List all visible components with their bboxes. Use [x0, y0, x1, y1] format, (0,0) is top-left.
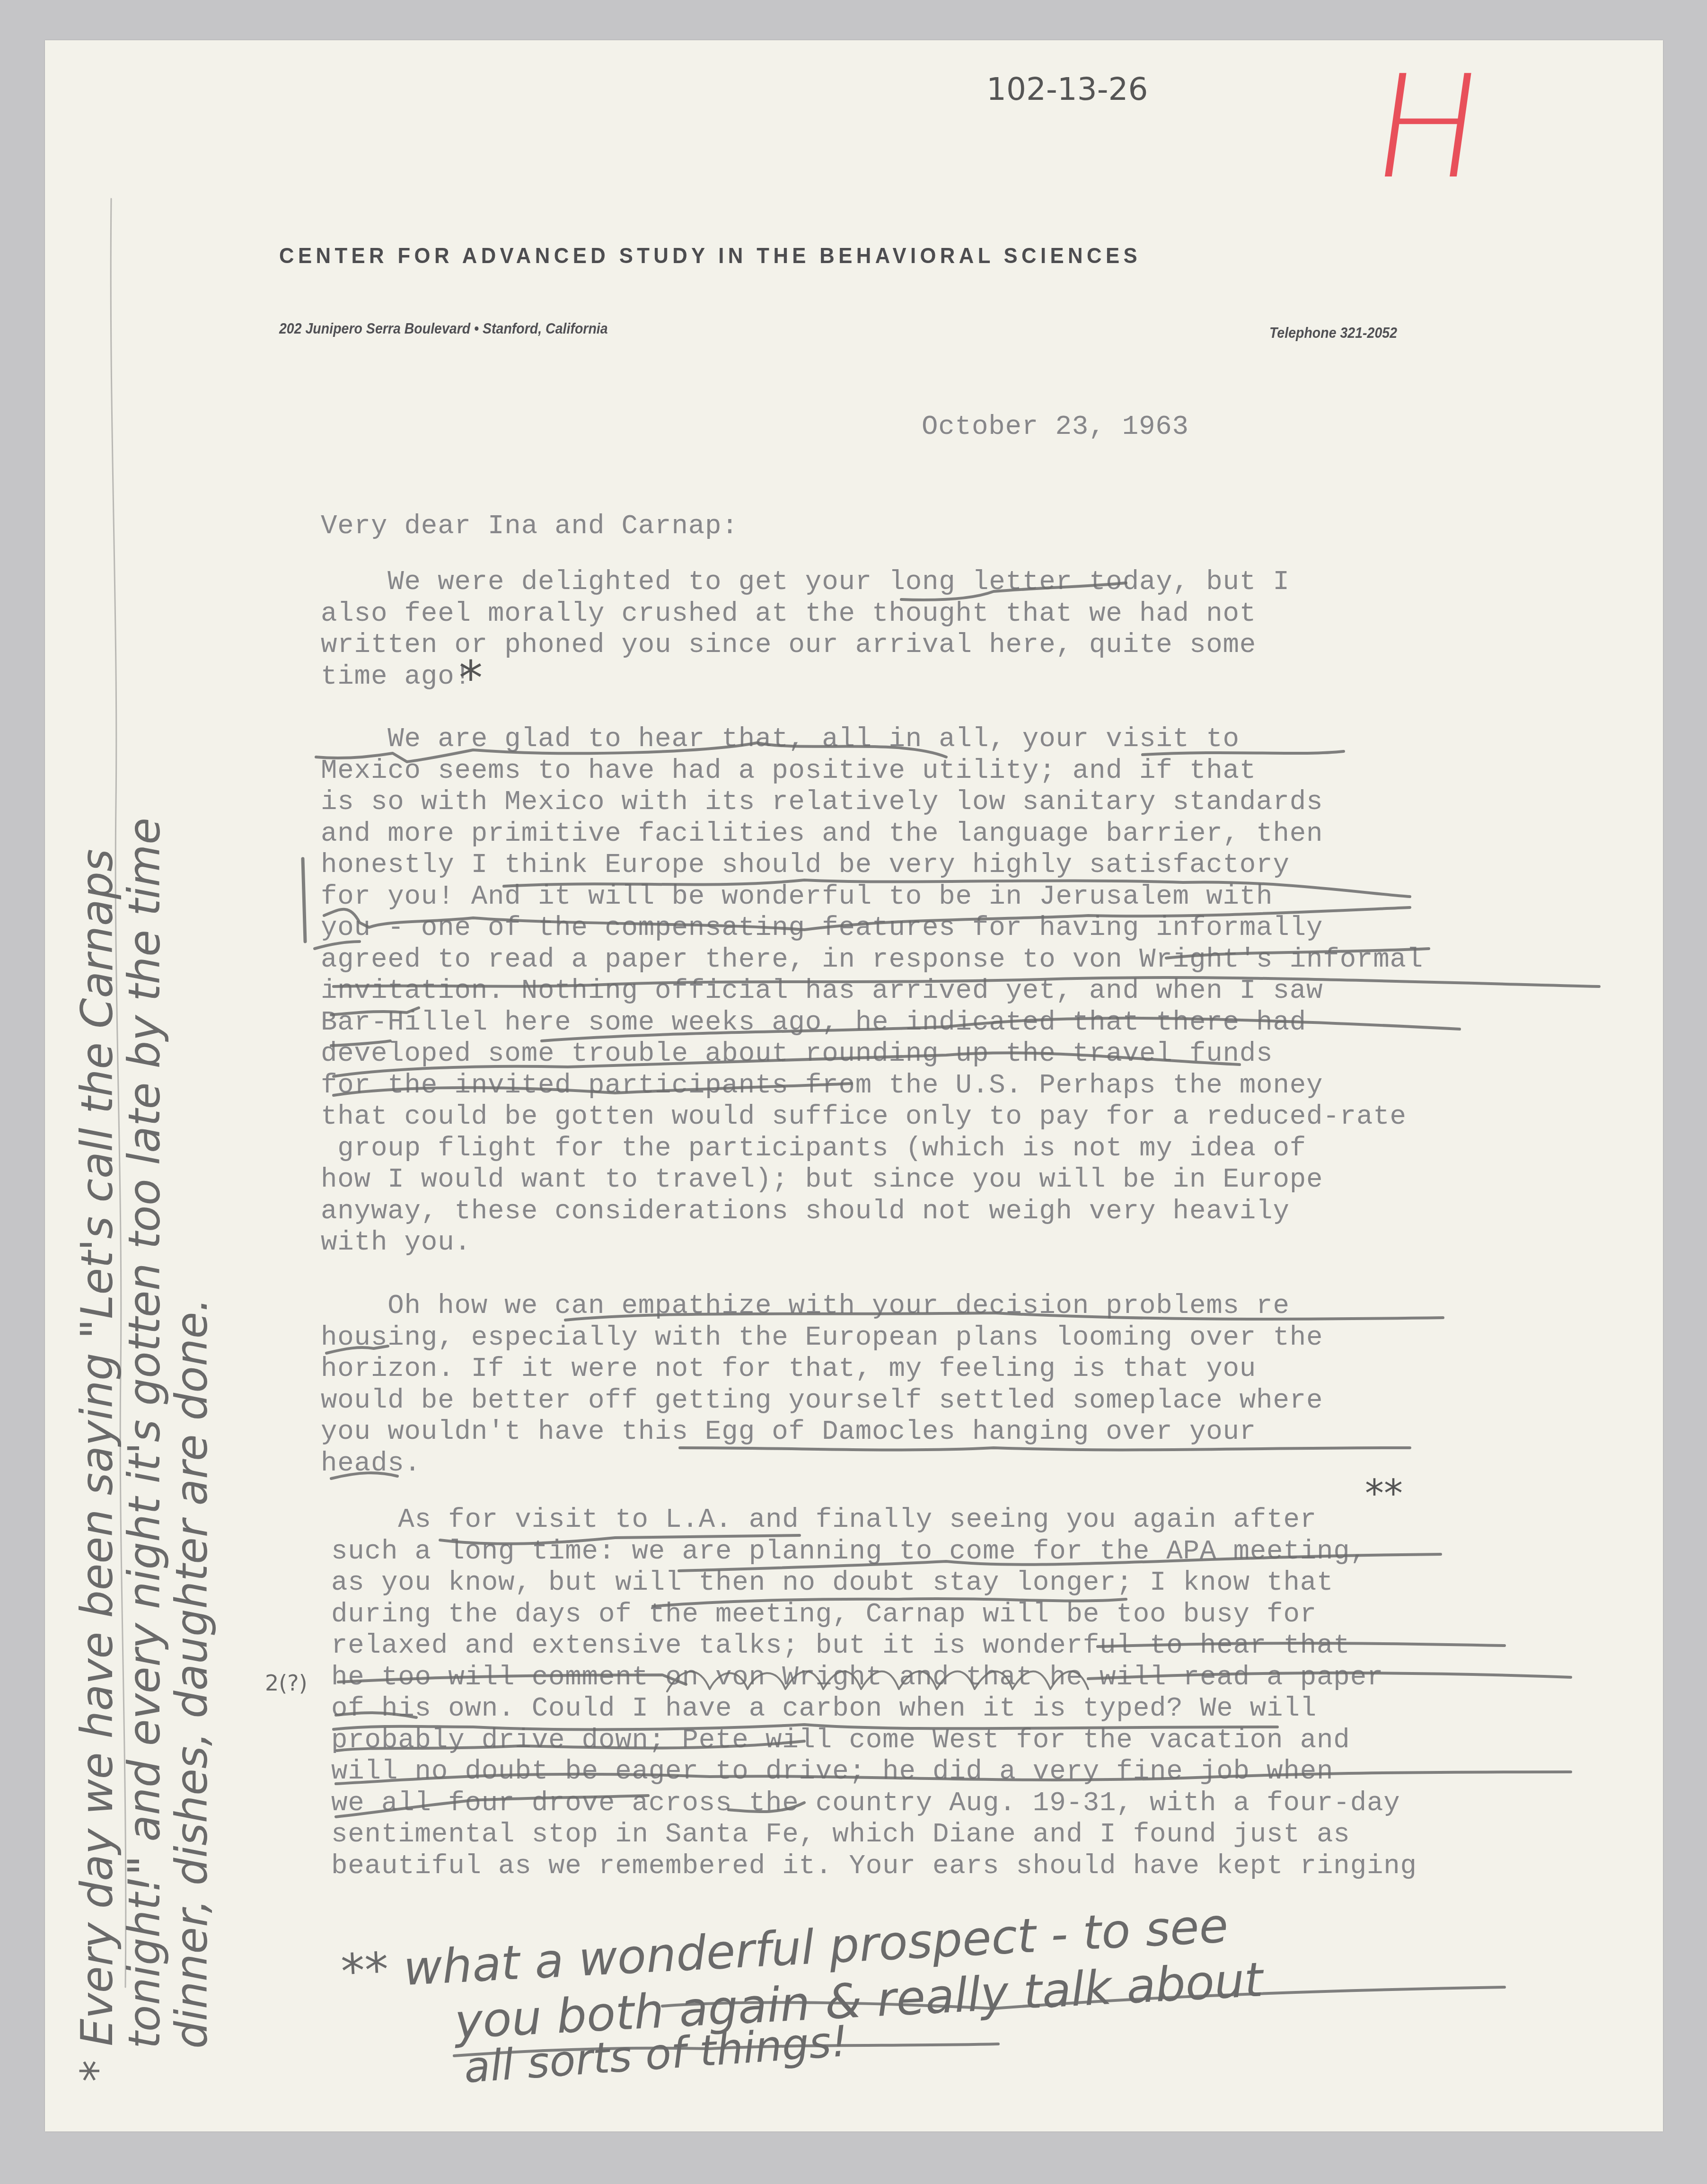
text-line: developed some trouble about rounding up…: [321, 1039, 1273, 1069]
text-line: we all four drove across the country Aug…: [331, 1788, 1400, 1819]
text-line: with you.: [321, 1227, 471, 1258]
text-line: honestly I think Europe should be very h…: [321, 850, 1290, 881]
text-line: housing, especially with the European pl…: [321, 1322, 1323, 1353]
text-line: he too will comment on von Wright and th…: [331, 1662, 1383, 1693]
text-line: As for visit to L.A. and finally seeing …: [331, 1505, 1317, 1535]
red-pencil-mark: H: [1364, 57, 1491, 199]
text-line: you wouldn't have this Egg of Damocles h…: [321, 1417, 1256, 1447]
text-line: Mexico seems to have had a positive util…: [321, 756, 1256, 786]
text-line: you - one of the compensating features f…: [321, 913, 1323, 943]
text-line: Oh how we can empathize with your decisi…: [321, 1291, 1290, 1321]
text-line: as you know, but will then no doubt stay…: [331, 1568, 1333, 1598]
text-line: for the invited participants from the U.…: [321, 1070, 1323, 1101]
text-line: invitation. Nothing official has arrived…: [321, 976, 1323, 1006]
text-line: is so with Mexico with its relatively lo…: [321, 787, 1323, 818]
text-line: would be better off getting yourself set…: [321, 1385, 1323, 1416]
margin-note-line-1: * Every day we have been saying "Let's c…: [76, 849, 119, 2082]
text-line: heads.: [321, 1448, 421, 1479]
asterisk-mark: *: [459, 651, 483, 706]
text-line: horizon. If it were not for that, my fee…: [321, 1354, 1256, 1384]
text-line: that could be gotten would suffice only …: [321, 1101, 1407, 1132]
letterhead-address: 202 Junipero Serra Boulevard • Stanford,…: [279, 320, 608, 337]
text-line: time ago!: [321, 661, 471, 692]
text-line: agreed to read a paper there, in respons…: [321, 944, 1423, 975]
margin-note-line-3: dinner, dishes, daughter are done.: [170, 1298, 214, 2049]
text-line: anyway, these considerations should not …: [321, 1196, 1290, 1227]
text-line: such a long time: we are planning to com…: [331, 1536, 1367, 1567]
text-line: probably drive down; Pete will come West…: [331, 1725, 1350, 1756]
margin-note-vertical: * Every day we have been saying "Let's c…: [76, 189, 110, 2082]
archive-number: 102-13-26: [986, 71, 1148, 107]
margin-note-line-2: tonight!" and every night it's gotten to…: [123, 818, 167, 2049]
text-line: Bar-Hillel here some weeks ago, he indic…: [321, 1007, 1306, 1038]
text-line: of his own. Could I have a carbon when i…: [331, 1693, 1317, 1724]
letterhead-telephone: Telephone 321-2052: [1269, 325, 1397, 342]
text-line: We were delighted to get your long lette…: [321, 567, 1290, 598]
text-line: We are glad to hear that, all in all, yo…: [321, 724, 1240, 755]
text-line: sentimental stop in Santa Fe, which Dian…: [331, 1819, 1350, 1850]
margin-query-mark: 2(?): [265, 1670, 308, 1696]
letter-date: October 23, 1963: [922, 412, 1189, 442]
text-line: and more primitive facilities and the la…: [321, 819, 1323, 849]
text-line: also feel morally crushed at the thought…: [321, 599, 1256, 629]
salutation: Very dear Ina and Carnap:: [321, 511, 739, 542]
text-line: will no doubt be eager to drive; he did …: [331, 1756, 1333, 1787]
text-line: how I would want to travel); but since y…: [321, 1164, 1323, 1195]
text-line: for you! And it will be wonderful to be …: [321, 881, 1273, 912]
text-line: group flight for the participants (which…: [321, 1133, 1306, 1164]
text-line: during the days of the meeting, Carnap w…: [331, 1599, 1317, 1630]
double-asterisk-mark: **: [1365, 1471, 1403, 1515]
letterhead-organization: CENTER FOR ADVANCED STUDY IN THE BEHAVIO…: [279, 242, 1141, 268]
text-line: relaxed and extensive talks; but it is w…: [331, 1630, 1350, 1661]
text-line: beautiful as we remembered it. Your ears…: [331, 1851, 1417, 1882]
